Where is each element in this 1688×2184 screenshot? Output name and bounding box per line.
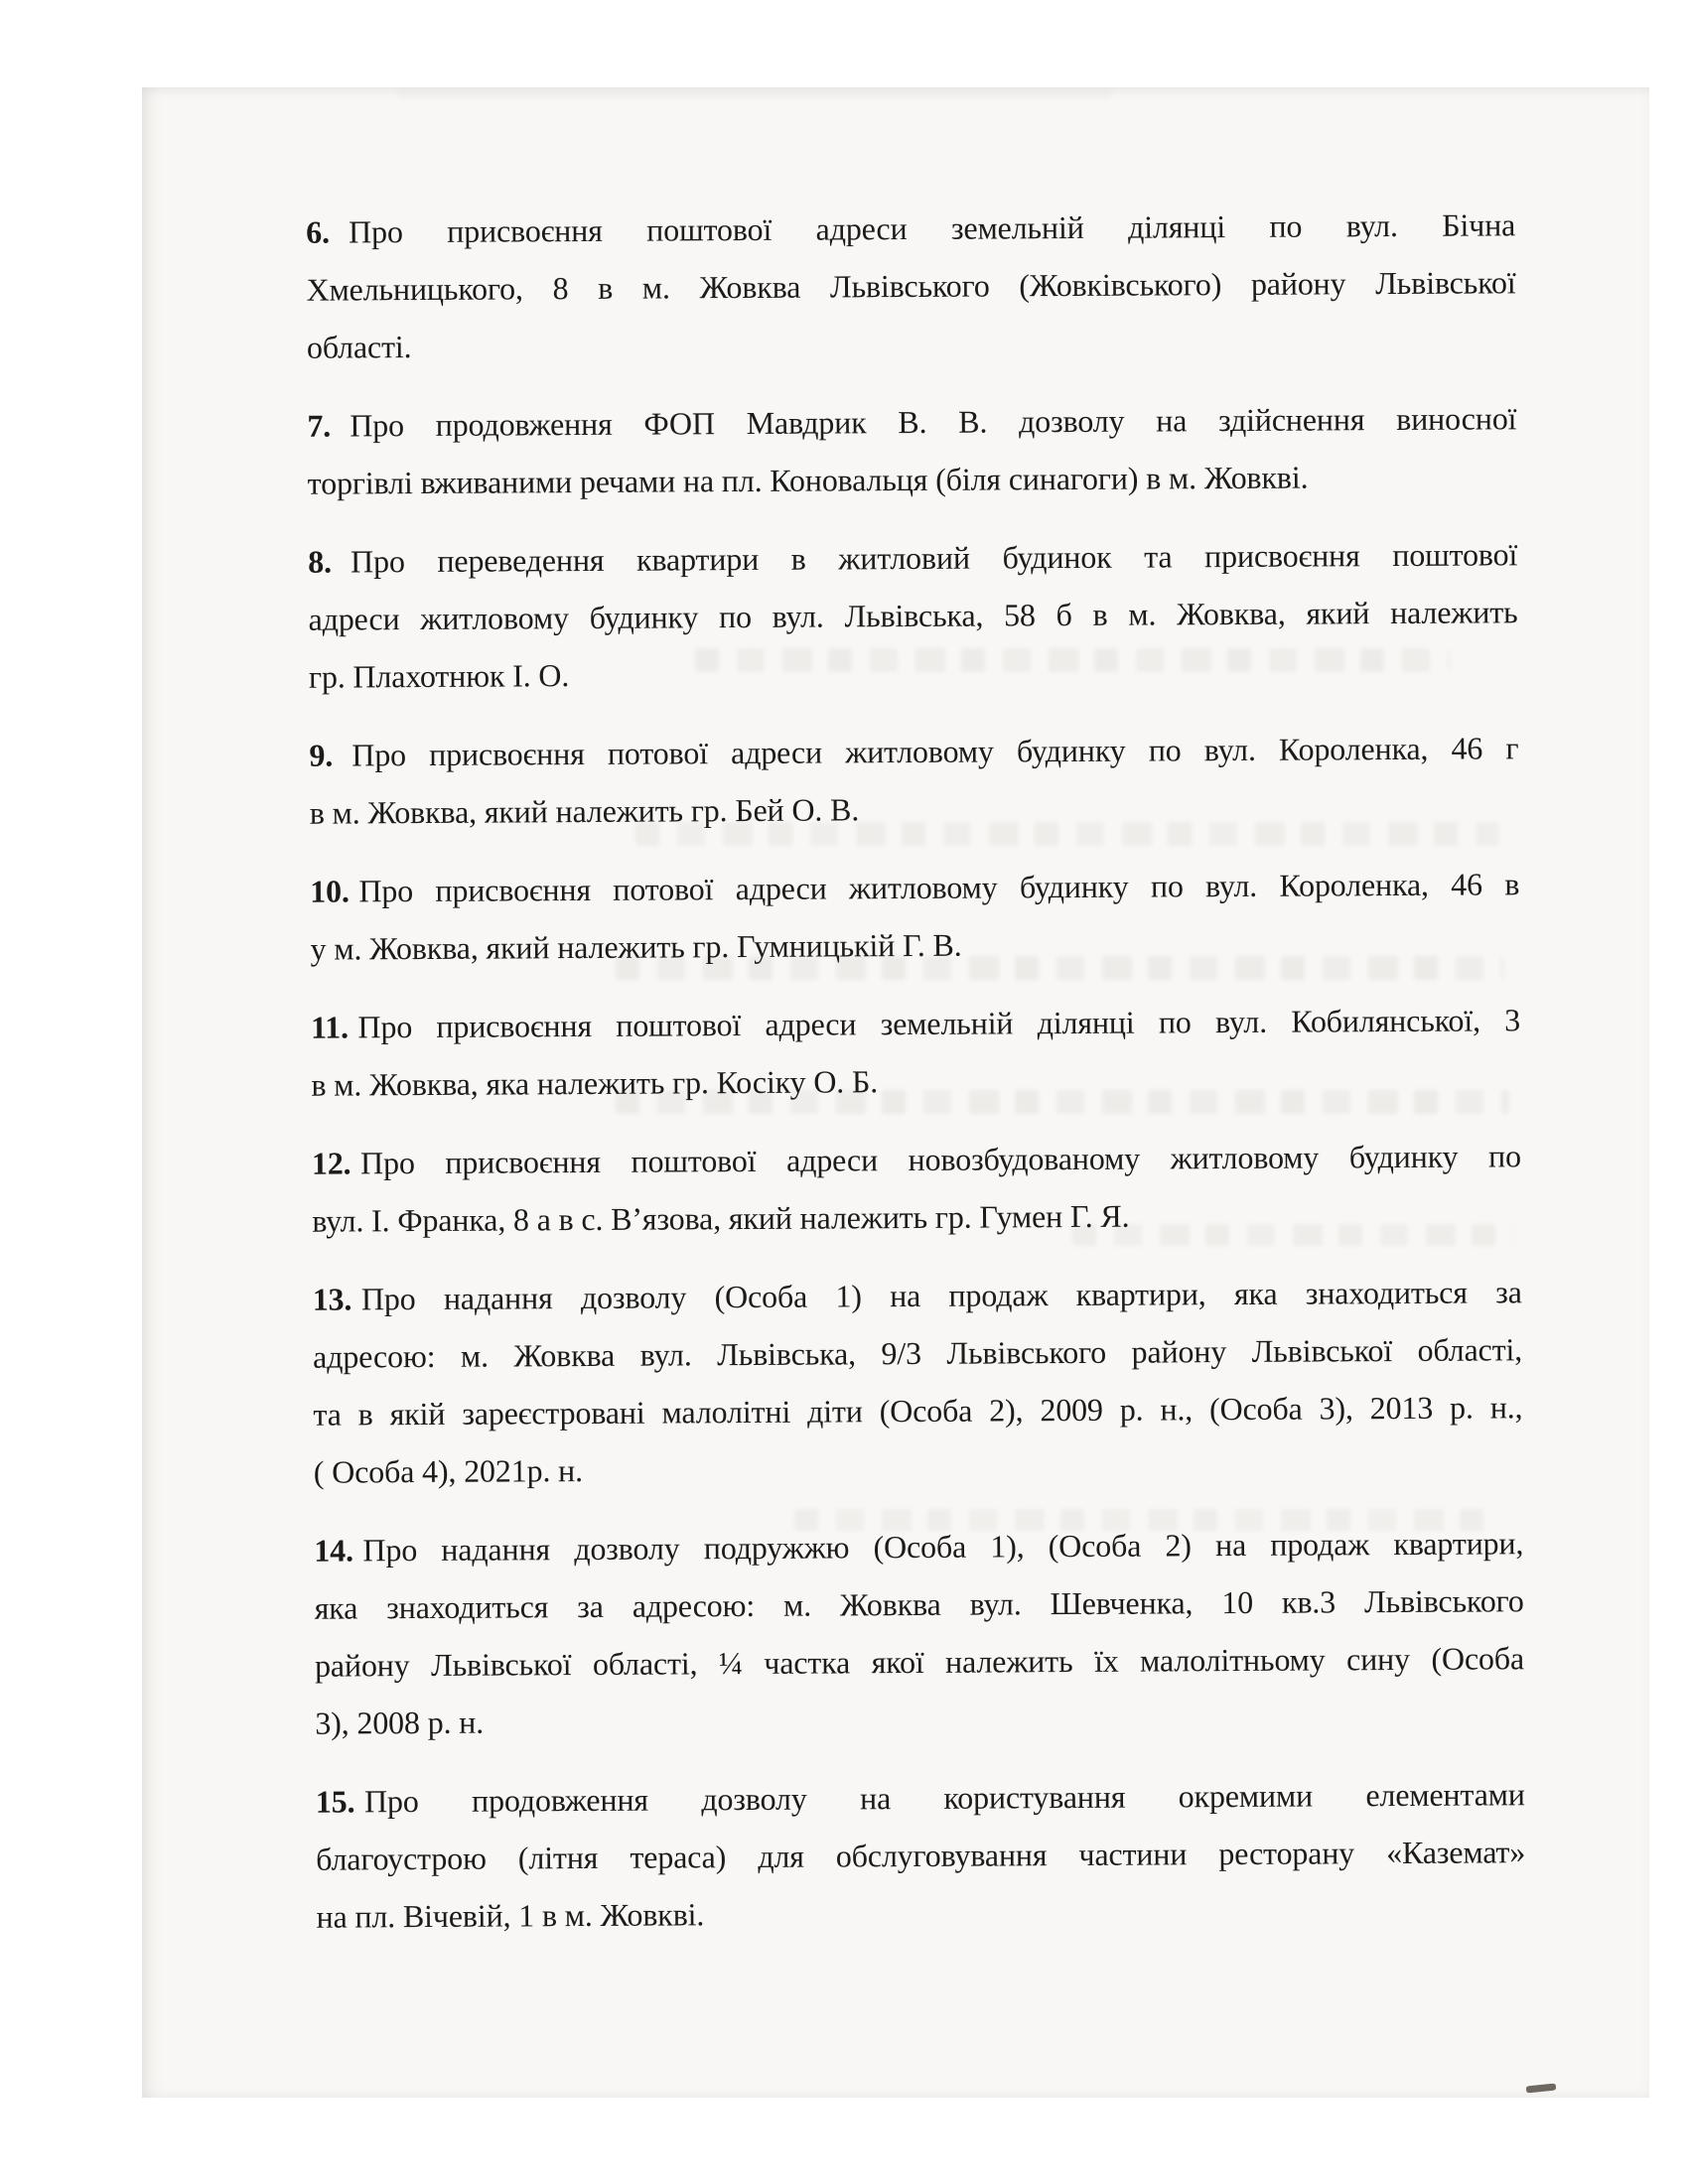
item-line: 8.Про переведення квартири в житловий бу… xyxy=(308,525,1517,590)
item-line: торгівлі вживаними речами на пл. Коновал… xyxy=(308,447,1517,511)
agenda-list: 6.Про присвоєння поштової адреси земельн… xyxy=(306,196,1526,1966)
item-number: 11. xyxy=(311,1009,349,1044)
item-number: 10. xyxy=(310,873,350,908)
item-line: благоустрою (літня тераса) для обслугову… xyxy=(316,1823,1525,1887)
item-number: 8. xyxy=(308,544,332,580)
item-line: 3), 2008 р. н. xyxy=(315,1687,1524,1751)
item-text: Про надання дозволу (Особа 1) на продаж … xyxy=(361,1274,1522,1316)
item-text: Про переведення квартири в житловий буди… xyxy=(351,536,1517,579)
scan-background: 6.Про присвоєння поштової адреси земельн… xyxy=(0,0,1688,2184)
list-item: 7.Про продовження ФОП Мавдрик В. В. дозв… xyxy=(307,389,1517,511)
item-text: Про надання дозволу подружжю (Особа 1), … xyxy=(362,1525,1523,1568)
item-line: вул. І. Франка, 8 а в с. В’язова, який н… xyxy=(312,1184,1521,1249)
list-item: 9.Про присвоєння потової адреси житловом… xyxy=(309,719,1519,841)
list-item: 10.Про присвоєння потової адреси житлово… xyxy=(310,855,1520,977)
item-number: 15. xyxy=(316,1783,355,1819)
item-line: 12.Про присвоєння поштової адреси новозб… xyxy=(312,1127,1521,1191)
item-text: Про присвоєння потової адреси житловому … xyxy=(358,866,1519,908)
list-item: 8.Про переведення квартири в житловий бу… xyxy=(308,525,1518,705)
item-line: на пл. Вічевій, 1 в м. Жовкві. xyxy=(316,1880,1525,1945)
item-number: 7. xyxy=(307,408,331,444)
item-line: та в якій зареєстровані малолітні діти (… xyxy=(313,1378,1522,1442)
scan-streak-artifact xyxy=(397,89,1112,98)
item-number: 9. xyxy=(309,738,333,773)
item-line: 14.Про надання дозволу подружжю (Особа 1… xyxy=(314,1514,1523,1578)
pen-mark xyxy=(1526,2083,1557,2093)
item-number: 14. xyxy=(314,1532,353,1568)
item-line: в м. Жовква, яка належить гр. Косіку О. … xyxy=(311,1048,1520,1113)
list-item: 14.Про надання дозволу подружжю (Особа 1… xyxy=(314,1514,1524,1751)
item-text: Про присвоєння поштової адреси новозбудо… xyxy=(360,1138,1521,1180)
item-line: ( Особа 4), 2021р. н. xyxy=(314,1435,1523,1500)
item-line: 15.Про продовження дозволу на користуван… xyxy=(316,1765,1525,1830)
list-item: 6.Про присвоєння поштової адреси земельн… xyxy=(306,196,1516,375)
item-number: 12. xyxy=(312,1145,352,1180)
item-line: 11.Про присвоєння поштової адреси земель… xyxy=(311,991,1520,1055)
item-line: 9.Про присвоєння потової адреси житловом… xyxy=(309,719,1518,783)
item-line: яка знаходиться за адресою: м. Жовква ву… xyxy=(314,1571,1523,1636)
document-page: 6.Про присвоєння поштової адреси земельн… xyxy=(142,87,1649,2098)
item-text: Про присвоєння поштової адреси земельній… xyxy=(349,206,1515,249)
item-line: області. xyxy=(307,311,1516,375)
item-line: у м. Жовква, який належить гр. Гумницькі… xyxy=(310,912,1519,977)
item-line: Хмельницького, 8 в м. Жовква Львівського… xyxy=(306,253,1515,318)
item-text: Про присвоєння поштової адреси земельній… xyxy=(357,1002,1520,1044)
item-number: 13. xyxy=(313,1281,352,1316)
item-text: Про присвоєння потової адреси житловому … xyxy=(352,730,1518,772)
list-item: 15.Про продовження дозволу на користуван… xyxy=(316,1765,1526,1945)
item-number: 6. xyxy=(306,214,330,250)
item-line: району Львівської області, ¼ частка якої… xyxy=(315,1629,1524,1694)
item-line: адреси житловому будинку по вул. Львівсь… xyxy=(308,583,1517,647)
item-line: гр. Плахотнюк І. О. xyxy=(309,640,1518,705)
item-line: 10.Про присвоєння потової адреси житлово… xyxy=(310,855,1519,919)
list-item: 12.Про присвоєння поштової адреси новозб… xyxy=(312,1127,1522,1249)
item-line: 13.Про надання дозволу (Особа 1) на прод… xyxy=(313,1263,1522,1327)
item-line: в м. Жовква, який належить гр. Бей О. В. xyxy=(310,776,1519,841)
list-item: 11.Про присвоєння поштової адреси земель… xyxy=(311,991,1521,1113)
item-line: 6.Про присвоєння поштової адреси земельн… xyxy=(306,196,1515,260)
item-line: адресою: м. Жовква вул. Львівська, 9/3 Л… xyxy=(313,1320,1522,1385)
item-line: 7.Про продовження ФОП Мавдрик В. В. дозв… xyxy=(307,389,1516,454)
item-text: Про продовження ФОП Мавдрик В. В. дозвол… xyxy=(350,400,1516,443)
item-text: Про продовження дозволу на користування … xyxy=(364,1776,1525,1819)
list-item: 13.Про надання дозволу (Особа 1) на прод… xyxy=(313,1263,1523,1500)
